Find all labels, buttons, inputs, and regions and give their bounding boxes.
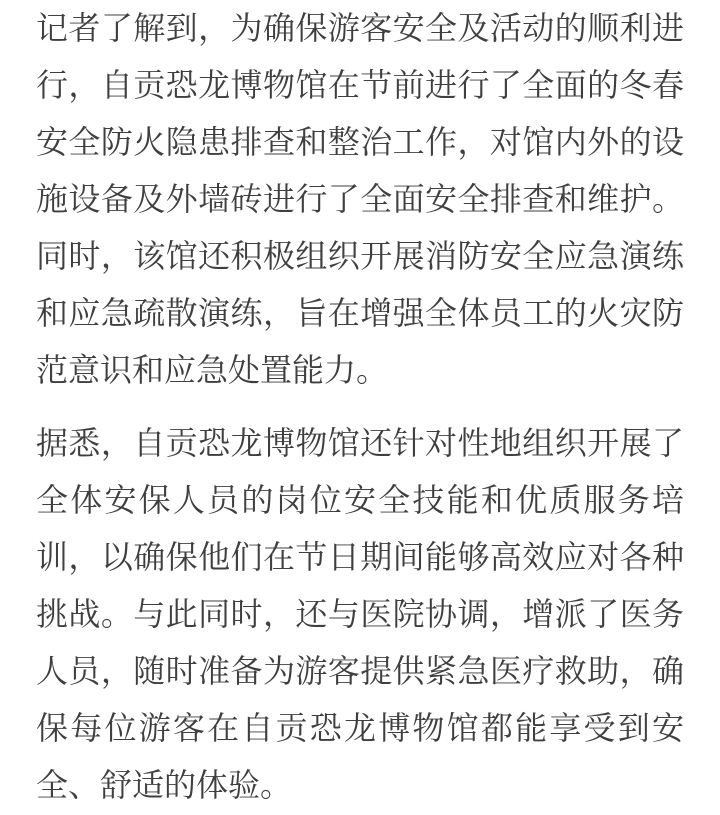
article-body: 记者了解到，为确保游客安全及活动的顺利进行，自贡恐龙博物馆在节前进行了全面的冬春…: [0, 0, 720, 814]
text-line: 行，自贡恐龙博物馆在节前进行了全面的冬春: [36, 57, 684, 114]
text-line: 挑战。与此同时，还与医院协调，增派了医务: [36, 586, 684, 643]
text-line: 安全防火隐患排查和整治工作，对馆内外的设: [36, 114, 684, 171]
text-line: 保每位游客在自贡恐龙博物馆都能享受到安: [36, 700, 684, 757]
text-line: 范意识和应急处置能力。: [36, 342, 684, 399]
text-line: 全体安保人员的岗位安全技能和优质服务培: [36, 472, 684, 529]
paragraph: 记者了解到，为确保游客安全及活动的顺利进行，自贡恐龙博物馆在节前进行了全面的冬春…: [36, 0, 684, 399]
text-line: 记者了解到，为确保游客安全及活动的顺利进: [36, 0, 684, 57]
text-line: 全、舒适的体验。: [36, 757, 684, 814]
text-line: 和应急疏散演练，旨在增强全体员工的火灾防: [36, 285, 684, 342]
text-line: 据悉，自贡恐龙博物馆还针对性地组织开展了: [36, 415, 684, 472]
text-line: 施设备及外墙砖进行了全面安全排查和维护。: [36, 171, 684, 228]
text-line: 人员，随时准备为游客提供紧急医疗救助，确: [36, 643, 684, 700]
paragraph: 据悉，自贡恐龙博物馆还针对性地组织开展了全体安保人员的岗位安全技能和优质服务培训…: [36, 415, 684, 814]
text-line: 同时，该馆还积极组织开展消防安全应急演练: [36, 228, 684, 285]
text-line: 训，以确保他们在节日期间能够高效应对各种: [36, 529, 684, 586]
